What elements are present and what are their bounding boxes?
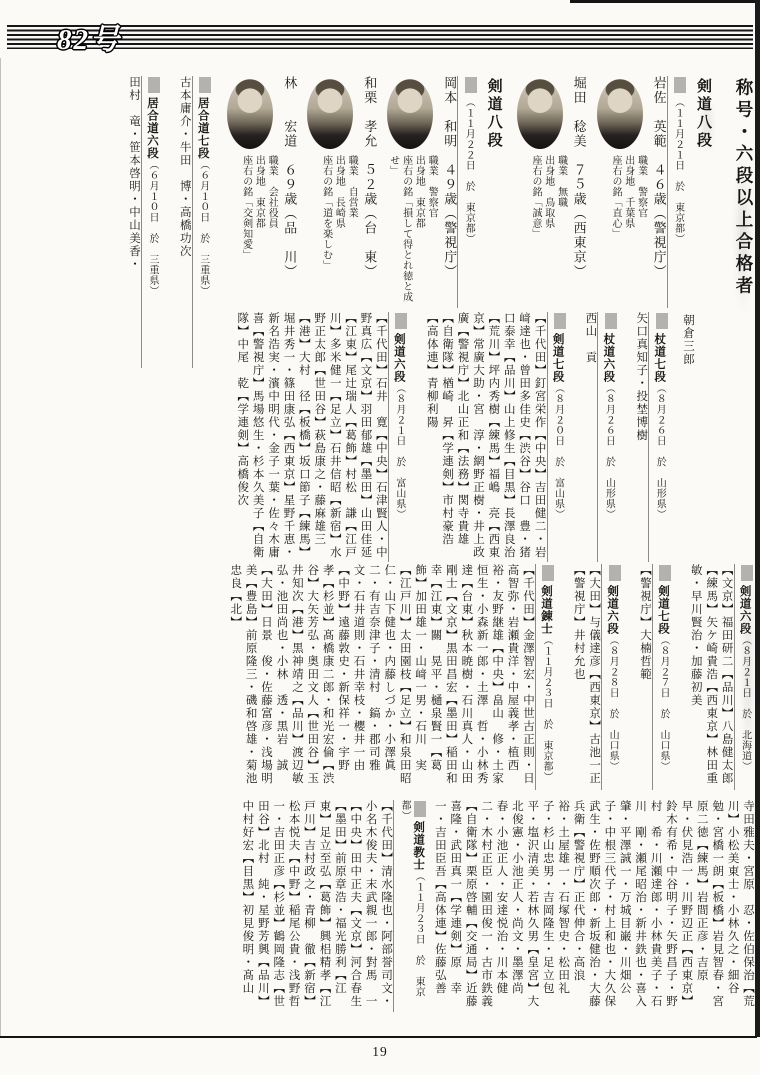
section-heading: 剣道八段 [484,76,503,308]
header-marker-box [674,77,686,93]
promotee-details: 職業 警察官 出身地 東京都 座右の銘「損して得とれ徳と成せ」 [385,155,437,305]
issue-banner: 82号 [7,25,753,49]
section-date-header: （１１月２２日 於 東京都） [457,76,478,308]
section-date-header: 剣道六段（８月２１日 於 富山県） [388,312,409,562]
promotee-name-list: 【千代田】釘宮栄作【中央】吉田健二・岩﨑達也・曾田多佳史【渋谷】谷口 豊・猪口泰… [423,312,546,562]
header-marker-box [542,565,554,581]
birthplace: 出身地 東京都 [252,155,265,305]
header-marker-box [465,77,477,93]
header-marker-box [395,313,407,329]
section-kendo-renshi: 剣道錬士（１１月２３日 於 東京都） 【千代田】金澤智宏・中世古正則・日高智弥・… [227,564,557,790]
header-marker-box [414,801,426,817]
section-date-header: 剣道七段（８月２７日 於 山口県） [652,564,673,790]
section-date-header: 剣道錬士（１１月２３日 於 東京都） [535,564,556,790]
birthplace: 出身地 長崎県 [332,155,345,305]
section-heading: 剣道六段 [739,585,751,635]
header-marker-box [554,313,566,329]
occupation: 職業 自営業 [344,155,357,305]
promotee-details: 職業 自営業 出身地 長崎県 座右の銘「道を楽しむ」 [305,155,357,305]
promotee-name: 林 宏道 ６９歳（品 川） [281,76,297,308]
issue-number-label: 82号 [57,17,121,58]
promotee-entry: 堀田 稔美 ７５歳（西東京） 職業 無職 出身地 鳥取県 座右の銘「誠意」 [517,76,587,308]
section-heading: 剣道七段 [552,333,564,383]
promotee-entry: 岡本 和明 ４９歳（警視庁） 職業 警察官 出身地 東京都 座右の銘「損して得と… [387,76,457,308]
section-date-header: （１１月２１日 於 東京都） [667,76,688,308]
section-heading: 剣道六段 [606,585,618,635]
section-heading: 剣道六段 [393,333,405,383]
continued-name: 朝倉三郎 [680,312,695,562]
section-kendo-8dan-nov22: 剣道八段 （１１月２２日 於 東京都） 岡本 和明 ４９歳（警視庁） 職業 警察… [227,76,502,308]
section-kendo-8dan-nov21: 剣道八段 （１１月２１日 於 東京都） 岩佐 英範 ４６歳（警視庁） 職業 警察… [517,76,712,308]
birthplace: 出身地 東京都 [412,155,425,305]
motto: 座右の銘「道を楽しむ」 [319,155,332,305]
section-date: （８月２６日 於 山形県） [603,383,614,520]
section-date: （１１月２３日 於 東京都） [541,635,552,782]
right-edge-bar [755,0,760,1037]
section-jodo-7dan: 杖道七段（８月２６日 於 山形県） 矢口真知子・投埜博樹 [633,312,670,562]
section-heading: 居合道七段 [197,97,209,160]
section-date: （１１月２１日 於 東京都） [673,97,684,244]
header-marker-box [609,565,621,581]
section-date: （６月１０日 於 三重県） [198,160,209,297]
occupation: 職業 警察官 [634,155,647,305]
header-marker-box [656,313,668,329]
promotee-name-list: 【大田】与儀達彦【西東京】古池一正【警視庁】井村允也 [570,564,601,790]
page-title: 称号・六段以上合格者 [732,76,755,368]
occupation: 職業 無職 [554,155,567,305]
header-marker-box [148,77,160,93]
motto: 座右の銘「交剣知愛」 [239,155,252,305]
promotee-name-list: 【千代田】清水隆也・阿部誉司文・小名木俊夫・末武親一郎・對馬 一【中央】田中正夫… [239,800,393,1012]
section-heading: 杖道六段 [602,333,614,383]
section-heading: 剣道七段 [657,585,669,635]
promotee-entry: 林 宏道 ６９歳（品 川） 職業 会社役員 出身地 東京都 座右の銘「交剣知愛」 [227,76,297,308]
section-kendo-kyoshi: 剣道教士（１１月２３日 於 東京都） 【千代田】清水隆也・阿部誉司文・小名木俊夫… [239,800,428,1012]
portrait-photo [517,79,563,149]
section-kendo-7dan-yamaguchi: 剣道七段（８月２７日 於 山口県） 【警視庁】大楠哲範 [637,564,674,790]
section-date: （８月２１日 於 富山県） [394,383,405,520]
section-date-header: 杖道六段（８月２６日 於 山形県） [597,312,618,562]
section-kendo-6dan-hokkaido: 剣道六段（８月２１日 於 北海道） 【文京】福田研二【品川】八島健太郎【練馬】矢… [687,564,755,790]
section-date-header: 剣道教士（１１月２３日 於 東京都） [393,800,428,1012]
section-date-header: 剣道六段（８月２１日 於 北海道） [734,564,755,790]
section-jodo-6dan: 杖道六段（８月２６日 於 山形県） 西山 貢 [582,312,619,562]
promotee-name-list: 【千代田】金澤智宏・中世古正則・日高智弥・岩瀬貴洋・中屋義孝・植西 裕・友野継雄… [227,564,535,790]
promotee-name-list: 【千代田】石井 寛【中央】石津賢人・中野真広【文京】羽田郁雄【墨田】山田佳延【江… [234,312,388,562]
birthplace: 出身地 千葉県 [621,155,634,305]
occupation: 職業 会社役員 [264,155,277,305]
band-lower: 剣道六段（８月２１日 於 北海道） 【文京】福田研二【品川】八島健太郎【練馬】矢… [42,564,755,790]
section-date: （６月１０日 於 三重県） [147,160,158,297]
section-date: （８月２７日 於 山口県） [658,635,669,772]
section-date: （８月２６日 於 山形県） [654,383,665,520]
promotee-name: 堀田 稔美 ７５歳（西東京） [571,76,587,308]
section-date-header: 杖道七段（８月２６日 於 山形県） [648,312,669,562]
portrait-photo [307,79,353,149]
section-heading: 剣道錬士 [540,585,552,635]
section-heading: 杖道七段 [653,333,665,383]
promotee-name: 岡本 和明 ４９歳（警視庁） [441,76,457,308]
portrait-photo [597,79,643,149]
motto: 座右の銘「直心」 [608,155,621,305]
portrait-photo [387,79,433,149]
promotee-entry: 岩佐 英範 ４６歳（警視庁） 職業 警察官 出身地 千葉県 座右の銘「直心」 [597,76,667,308]
promotee-name-list: 矢口真知子・投埜博樹 [633,312,648,562]
section-heading: 剣道教士 [412,821,424,871]
renshi-continued-name-list: 寺田雅夫・宮原 忍・佐伯保治【荒川】小松美東士・小林久之・細谷 勉・宮橋一朗【板… [431,800,755,1012]
motto: 座右の銘「損して得とれ徳と成せ」 [386,155,412,305]
promotee-details: 職業 無職 出身地 鳥取県 座右の銘「誠意」 [515,155,567,305]
top-edge-rule [570,0,760,3]
band-bottom: 寺田雅夫・宮原 忍・佐伯保治【荒川】小松美東士・小林久之・細谷 勉・宮橋一朗【板… [42,800,755,1012]
promotee-name-list: 西山 貢 [582,312,597,562]
section-kendo-7dan-toyama: 剣道七段（８月２０日 於 富山県） 【千代田】釘宮栄作【中央】吉田健二・岩﨑達也… [423,312,568,562]
band-middle: 朝倉三郎 杖道七段（８月２６日 於 山形県） 矢口真知子・投埜博樹 杖道六段（８… [150,312,695,562]
birthplace: 出身地 鳥取県 [541,155,554,305]
promotee-name-list: 【警視庁】大楠哲範 [637,564,652,790]
promotee-details: 職業 会社役員 出身地 東京都 座右の銘「交剣知愛」 [225,155,277,305]
section-date: （８月２０日 於 富山県） [553,383,564,520]
header-marker-box [659,565,671,581]
occupation: 職業 警察官 [424,155,437,305]
footer-rule [0,1036,757,1038]
section-kendo-6dan-toyama: 剣道六段（８月２１日 於 富山県） 【千代田】石井 寛【中央】石津賢人・中野真広… [234,312,409,562]
promotee-name-list: 【文京】福田研二【品川】八島健太郎【練馬】矢ケ崎貴浩【西東京】林田重敏・早川賢治… [687,564,733,790]
portrait-photo [227,79,273,149]
section-date-header: 剣道七段（８月２０日 於 富山県） [547,312,568,562]
section-date: （１１月２２日 於 東京都） [463,97,474,244]
section-heading: 居合道六段 [146,97,158,160]
section-date-header: 剣道六段（８月２８日 於 山口県） [601,564,622,790]
promotee-name-list: 田村 竜・笹本啓明・中山美香・ [126,76,141,368]
promotee-name: 和栗 孝允 ５２歳（台 東） [361,76,377,308]
header-marker-box [605,313,617,329]
page-number: 19 [0,1044,760,1060]
section-heading: 剣道八段 [693,76,712,308]
promotee-details: 職業 警察官 出身地 千葉県 座右の銘「直心」 [595,155,647,305]
header-marker-box [199,77,211,93]
section-date: （８月２８日 於 山口県） [607,635,618,772]
promotee-name: 岩佐 英範 ４６歳（警視庁） [651,76,667,308]
motto: 座右の銘「誠意」 [528,155,541,305]
section-kendo-6dan-yamaguchi: 剣道六段（８月２８日 於 山口県） 【大田】与儀達彦【西東京】古池一正【警視庁】… [570,564,622,790]
promotee-entry: 和栗 孝允 ５２歳（台 東） 職業 自営業 出身地 長崎県 座右の銘「道を楽しむ… [307,76,377,308]
section-date: （８月２１日 於 北海道） [740,635,751,772]
left-edge-rule [0,58,1,1036]
magazine-page: 82号 称号・六段以上合格者 剣道八段 （１１月２１日 於 東京都） 岩佐 英範… [0,0,760,1075]
header-marker-box [741,565,753,581]
